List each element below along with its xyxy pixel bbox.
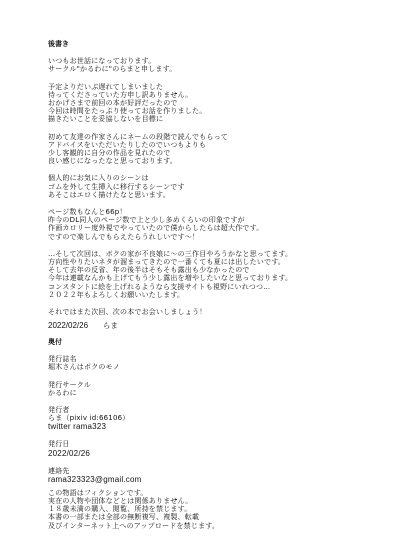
signature-name: らま [103, 321, 118, 330]
signature-date: 2022/02/26 [48, 321, 88, 330]
paragraph-page-count: ページ数もなんと66p！ 昨今のDL同人のページ数で上と少し多めくらいの印象です… [48, 208, 368, 241]
colophon-entry-circle: 発行サークル かるわに [48, 381, 368, 397]
entry-value: かるわに [48, 389, 368, 397]
text-line: アドバイスをいただいたりしたのでいつもよりも [48, 141, 368, 149]
entry-value: 堀木さんはボクのモノ [48, 363, 368, 371]
notice-line: この物語はフィクションです。 [48, 489, 368, 497]
text-line: 待ってくださっていた方申し訳ありません。 [48, 91, 368, 99]
text-line: それではまた次回、次の本でお会いしましょう！ [48, 308, 368, 316]
text-line: 少し客観的に自分の作品を見れたので [48, 149, 368, 157]
text-line: あそこはエロく描けたなと思います。 [48, 191, 368, 199]
entry-value: 2022/02/26 [48, 449, 368, 458]
entry-label: 発行日 [48, 440, 368, 448]
text-line: ２０２２年もよろしくお願いいたします。 [48, 291, 368, 299]
paragraph-favorite-scene: 個人的にお気に入りのシーンは ゴムを外して生挿入に移行するシーンです あそこはエ… [48, 174, 368, 199]
entry-label: 発行サークル [48, 381, 368, 389]
text-line: …そして次回は、ボクの家が不良娘に～の三作目やろうかなと思ってます。 [48, 250, 368, 258]
text-line: ですので楽しんでもらえたらうれしいです～！ [48, 233, 368, 241]
afterword-section: 後書き いつもお世話になっております。 サークル"かるわに"のらまと申します。 … [48, 40, 368, 330]
signature: 2022/02/26 らま [48, 321, 368, 330]
colophon-title: 奥付 [48, 338, 368, 346]
colophon-entry-publisher: 発行者 らま（pixiv id:66106） twitter rama323 [48, 406, 368, 431]
text-line: 初めて友達の作家さんにネームの段階で読んでもらって [48, 133, 368, 141]
afterword-title: 後書き [48, 40, 368, 48]
paragraph-next-plans: …そして次回は、ボクの家が不良娘に～の三作目やろうかなと思ってます。 方向性やり… [48, 250, 368, 299]
notice-line: 及びインターネット上へのアップロードを禁じます。 [48, 522, 368, 530]
colophon-section: 奥付 発行誌名 堀木さんはボクのモノ 発行サークル かるわに 発行者 らま（pi… [48, 338, 368, 530]
text-line: 予定よりだいぶ遅れてしまいました [48, 83, 368, 91]
text-line: サークル"かるわに"のらまと申します。 [48, 65, 368, 73]
notice-line: 実在の人物や団体などとは関係ありません。 [48, 497, 368, 505]
entry-label: 発行者 [48, 406, 368, 414]
colophon-entry-contact: 連絡先 rama323323@gmail.com [48, 467, 368, 484]
entry-value: twitter rama323 [48, 422, 368, 431]
text-line: おかげさまで前回の本が好評だったので [48, 99, 368, 107]
colophon-entry-date: 発行日 2022/02/26 [48, 440, 368, 457]
entry-value: らま（pixiv id:66106） [48, 414, 368, 422]
text-line: 作画カロリー度外視でやっていたので僕からしたらは超大作です。 [48, 224, 368, 232]
text-line: ゴムを外して生挿入に移行するシーンです [48, 183, 368, 191]
notice-line: 本書の一部または全部の無断複写、複製、転載 [48, 513, 368, 521]
text-line: 今年は連載なんかも上げてもう少し露出を増やしたいなと思っております。 [48, 274, 368, 282]
entry-value: rama323323@gmail.com [48, 475, 368, 484]
text-line: コンスタントに絵を上げれるようなら支援サイトも視野にいれつつ… [48, 283, 368, 291]
paragraph-closing: それではまた次回、次の本でお会いしましょう！ [48, 308, 368, 316]
paragraph-advice: 初めて友達の作家さんにネームの段階で読んでもらって アドバイスをいただいたりした… [48, 133, 368, 166]
colophon-entry-title: 発行誌名 堀木さんはボクのモノ [48, 355, 368, 371]
text-line: 描きたいことを妥協しないを目標に [48, 115, 368, 123]
text-line: 個人的にお気に入りのシーンは [48, 174, 368, 182]
text-line: 良い感じになったなと思っております。 [48, 157, 368, 165]
paragraph-delay: 予定よりだいぶ遅れてしまいました 待ってくださっていた方申し訳ありません。 おか… [48, 83, 368, 124]
colophon-notice: この物語はフィクションです。 実在の人物や団体などとは関係ありません。 １８歳未… [48, 489, 368, 530]
paragraph-greeting: いつもお世話になっております。 サークル"かるわに"のらまと申します。 [48, 57, 368, 73]
entry-label: 連絡先 [48, 467, 368, 475]
